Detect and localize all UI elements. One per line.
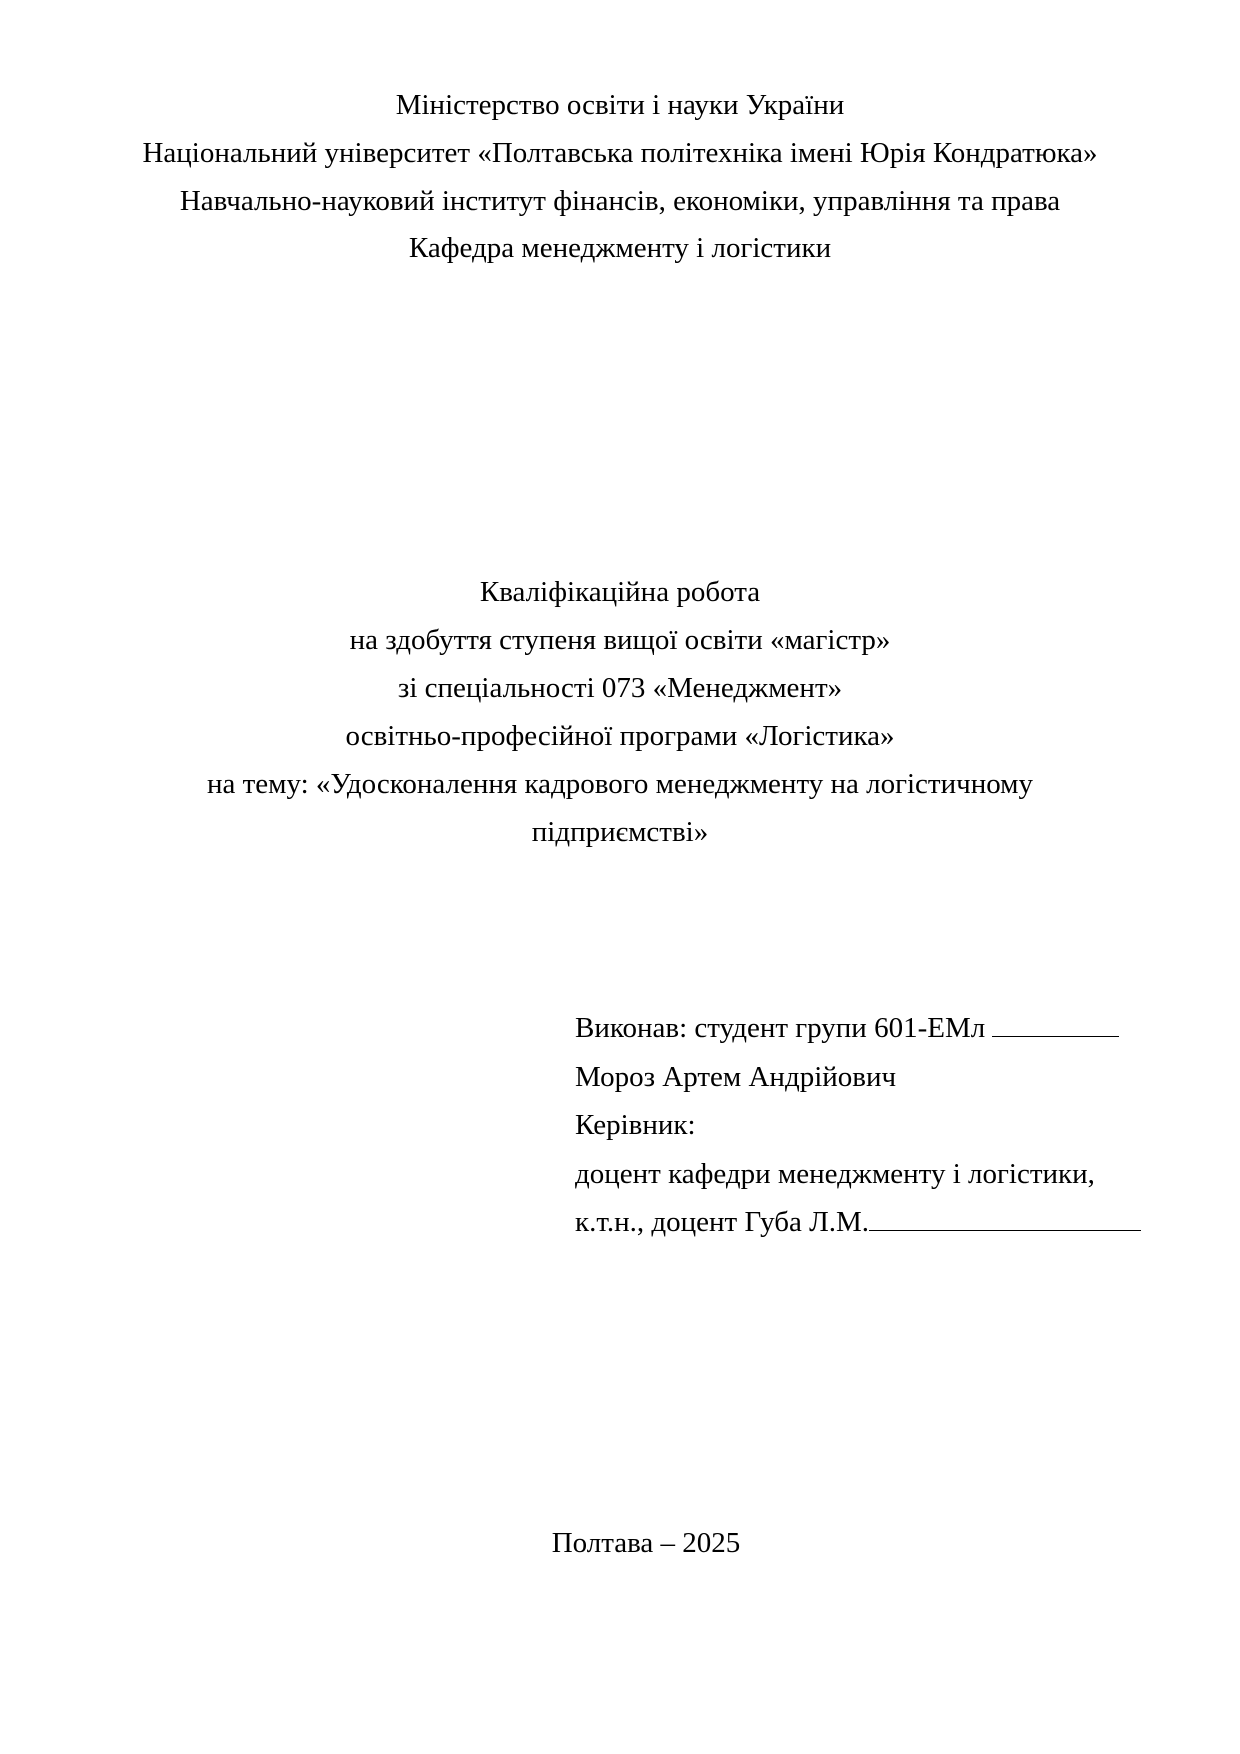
supervisor-name: к.т.н., доцент Губа Л.М.	[575, 1206, 869, 1238]
student-signature-line	[992, 1012, 1119, 1037]
performed-by-text: Виконав: студент групи 601-ЕМл	[575, 1012, 985, 1044]
work-type-line: Кваліфікаційна робота	[0, 575, 1240, 609]
supervisor-line: к.т.н., доцент Губа Л.М.	[575, 1205, 1141, 1239]
city-year: Полтава – 2025	[26, 1526, 1240, 1560]
topic-line-2: підприємстві»	[0, 815, 1240, 849]
performed-by-line: Виконав: студент групи 601-ЕМл	[575, 1011, 1119, 1045]
supervisor-label: Керівник:	[575, 1108, 696, 1142]
institute-line: Навчально-науковий інститут фінансів, ек…	[0, 184, 1240, 218]
ministry-line: Міністерство освіти і науки України	[0, 88, 1240, 122]
program-line: освітньо-професійної програми «Логістика…	[0, 719, 1240, 753]
topic-line-1: на тему: «Удосконалення кадрового менедж…	[0, 767, 1240, 801]
university-line: Національний університет «Полтавська пол…	[0, 136, 1240, 170]
degree-line: на здобуття ступеня вищої освіти «магіст…	[0, 623, 1240, 657]
supervisor-position: доцент кафедри менеджменту і логістики,	[575, 1157, 1095, 1191]
specialty-line: зі спеціальності 073 «Менеджмент»	[0, 671, 1240, 705]
student-name: Мороз Артем Андрійович	[575, 1060, 896, 1094]
department-line: Кафедра менеджменту і логістики	[0, 231, 1240, 265]
supervisor-signature-line	[869, 1206, 1141, 1231]
